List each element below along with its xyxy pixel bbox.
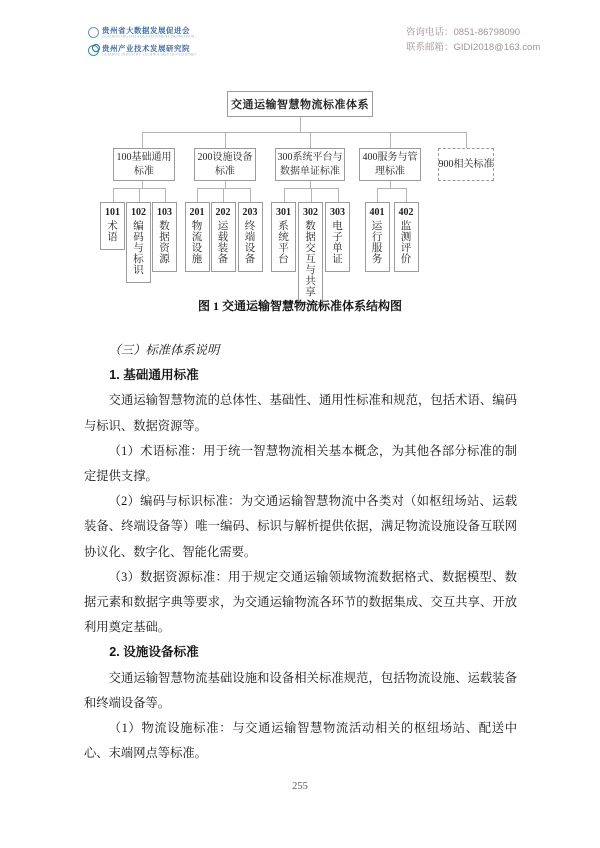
- connector-line: [225, 181, 226, 188]
- connector-line: [223, 188, 224, 202]
- l3-node-101: 101术语: [100, 202, 125, 250]
- email-address: GIDI2018@163.com: [454, 42, 541, 53]
- connector-line: [197, 188, 198, 202]
- document-page: 贵州省大数据发展促进会 GUIZHOU BIG DATA DEVELOPMENT…: [0, 0, 600, 848]
- l3-node-code: 302: [303, 204, 318, 221]
- figure-caption: 图 1 交通运输智慧物流标准体系结构图: [0, 297, 600, 314]
- connector-line: [225, 132, 226, 148]
- l3-node-code: 402: [399, 204, 414, 221]
- association-subtitle: GUIZHOU BIG DATA DEVELOPMENT PROMOTION A…: [102, 35, 196, 40]
- body-text: （三）标准体系说明1. 基础通用标准交通运输智慧物流的总体性、基础性、通用性标准…: [84, 338, 517, 766]
- connector-line: [284, 188, 285, 202]
- l2-node-4: 400服务与管理标准: [359, 148, 421, 181]
- l3-node-code: 202: [216, 204, 231, 221]
- l3-node-code: 301: [276, 204, 291, 221]
- paragraph-2: 1. 基础通用标准: [84, 363, 517, 388]
- l2-node-1: 100基础通用标准: [113, 148, 175, 181]
- phone-number: 0851-86798090: [454, 27, 521, 38]
- l3-node-code: 102: [131, 204, 146, 221]
- institute-logo: 贵州产业技术发展研究院 GUIZHOU INDUSTRY TECHNOLOGY …: [88, 44, 220, 59]
- institute-name: 贵州产业技术发展研究院: [102, 44, 220, 53]
- connector-line: [377, 188, 378, 202]
- l3-node-label: 运载装备: [218, 221, 229, 265]
- l3-node-label: 终端设备: [245, 221, 256, 265]
- association-name: 贵州省大数据发展促进会: [102, 26, 220, 35]
- l2-node-2: 200设施设备标准: [194, 148, 256, 181]
- connector-line: [311, 188, 312, 202]
- connector-line: [300, 117, 301, 132]
- l3-node-202: 202运载装备: [211, 202, 236, 272]
- connector-line: [142, 181, 143, 188]
- contact-email: 联系邮箱：GIDI2018@163.com: [406, 40, 540, 55]
- connector-line: [390, 132, 391, 148]
- l3-node-401: 401运行服务: [365, 202, 390, 272]
- association-logo-icon: [88, 27, 99, 38]
- l3-node-code: 103: [157, 204, 172, 221]
- connector-line: [390, 181, 391, 188]
- connector-line: [142, 132, 143, 148]
- institute-logo-icon: [88, 45, 99, 56]
- connector-line: [406, 188, 407, 202]
- connector-line: [139, 188, 140, 202]
- l3-node-302: 302数据交互与共享: [298, 202, 323, 305]
- l3-node-label: 系统平台: [278, 221, 289, 265]
- l3-node-label: 监测评价: [401, 221, 412, 265]
- l3-node-code: 101: [105, 204, 120, 221]
- connector-line: [142, 132, 466, 133]
- standard-system-diagram: 交通运输智慧物流标准体系100基础通用标准101术语102编码与标识103数据资…: [0, 88, 600, 296]
- connector-line: [250, 188, 251, 202]
- l3-node-102: 102编码与标识: [126, 202, 151, 283]
- l3-node-code: 203: [243, 204, 258, 221]
- paragraph-6: （3）数据资源标准：用于规定交通运输领域物流数据格式、数据模型、数据元素和数据字…: [84, 565, 517, 641]
- connector-line: [377, 188, 406, 189]
- l3-node-label: 编码与标识: [133, 221, 144, 276]
- header-logos: 贵州省大数据发展促进会 GUIZHOU BIG DATA DEVELOPMENT…: [88, 26, 220, 62]
- paragraph-8: 交通运输智慧物流基础设施和设备相关标准规范，包括物流设施、运载装备和终端设备等。: [84, 666, 517, 716]
- email-label: 联系邮箱：: [406, 42, 454, 53]
- phone-label: 咨询电话：: [406, 27, 454, 38]
- contact-phone: 咨询电话：0851-86798090: [406, 25, 540, 40]
- paragraph-4: （1）术语标准：用于统一智慧物流相关基本概念，为其他各部分标准的制定提供支撑。: [84, 439, 517, 489]
- institute-subtitle: GUIZHOU INDUSTRY TECHNOLOGY DEVELOPMENT …: [102, 53, 196, 58]
- l3-node-301: 301系统平台: [271, 202, 296, 272]
- connector-line: [165, 188, 166, 202]
- connector-line: [113, 188, 114, 202]
- l3-node-203: 203终端设备: [238, 202, 263, 272]
- l2-node-5: 900相关标准: [438, 148, 494, 181]
- l3-node-label: 术语: [107, 221, 118, 243]
- connector-line: [338, 188, 339, 202]
- paragraph-9: （1）物流设施标准：与交通运输智慧物流活动相关的枢纽场站、配送中心、末端网点等标…: [84, 716, 517, 766]
- l3-node-201: 201物流设施: [185, 202, 210, 272]
- paragraph-7: 2. 设施设备标准: [84, 640, 517, 665]
- l3-node-label: 数据资源: [159, 221, 170, 265]
- page-number: 255: [0, 781, 600, 792]
- figure-root-node: 交通运输智慧物流标准体系: [227, 91, 373, 117]
- l3-node-402: 402监测评价: [394, 202, 419, 272]
- l3-node-code: 303: [330, 204, 345, 221]
- association-logo: 贵州省大数据发展促进会 GUIZHOU BIG DATA DEVELOPMENT…: [88, 26, 220, 41]
- paragraph-5: （2）编码与标识标准：为交通运输智慧物流中各类对（如枢纽场站、运载装备、终端设备…: [84, 489, 517, 565]
- connector-line: [310, 132, 311, 148]
- l2-node-3: 300系统平台与数据单证标准: [275, 148, 345, 181]
- l3-node-code: 401: [370, 204, 385, 221]
- connector-line: [310, 181, 311, 188]
- contact-info: 咨询电话：0851-86798090 联系邮箱：GIDI2018@163.com: [406, 25, 540, 55]
- l3-node-label: 电子单证: [332, 221, 343, 265]
- l3-node-103: 103数据资源: [152, 202, 177, 272]
- connector-line: [466, 132, 467, 148]
- paragraph-3: 交通运输智慧物流的总体性、基础性、通用性标准和规范，包括术语、编码与标识、数据资…: [84, 388, 517, 438]
- l3-node-label: 运行服务: [372, 221, 383, 265]
- l3-node-label: 数据交互与共享: [305, 221, 316, 298]
- l3-node-303: 303电子单证: [325, 202, 350, 272]
- paragraph-1: （三）标准体系说明: [84, 338, 517, 363]
- l3-node-label: 物流设施: [192, 221, 203, 265]
- l3-node-code: 201: [190, 204, 205, 221]
